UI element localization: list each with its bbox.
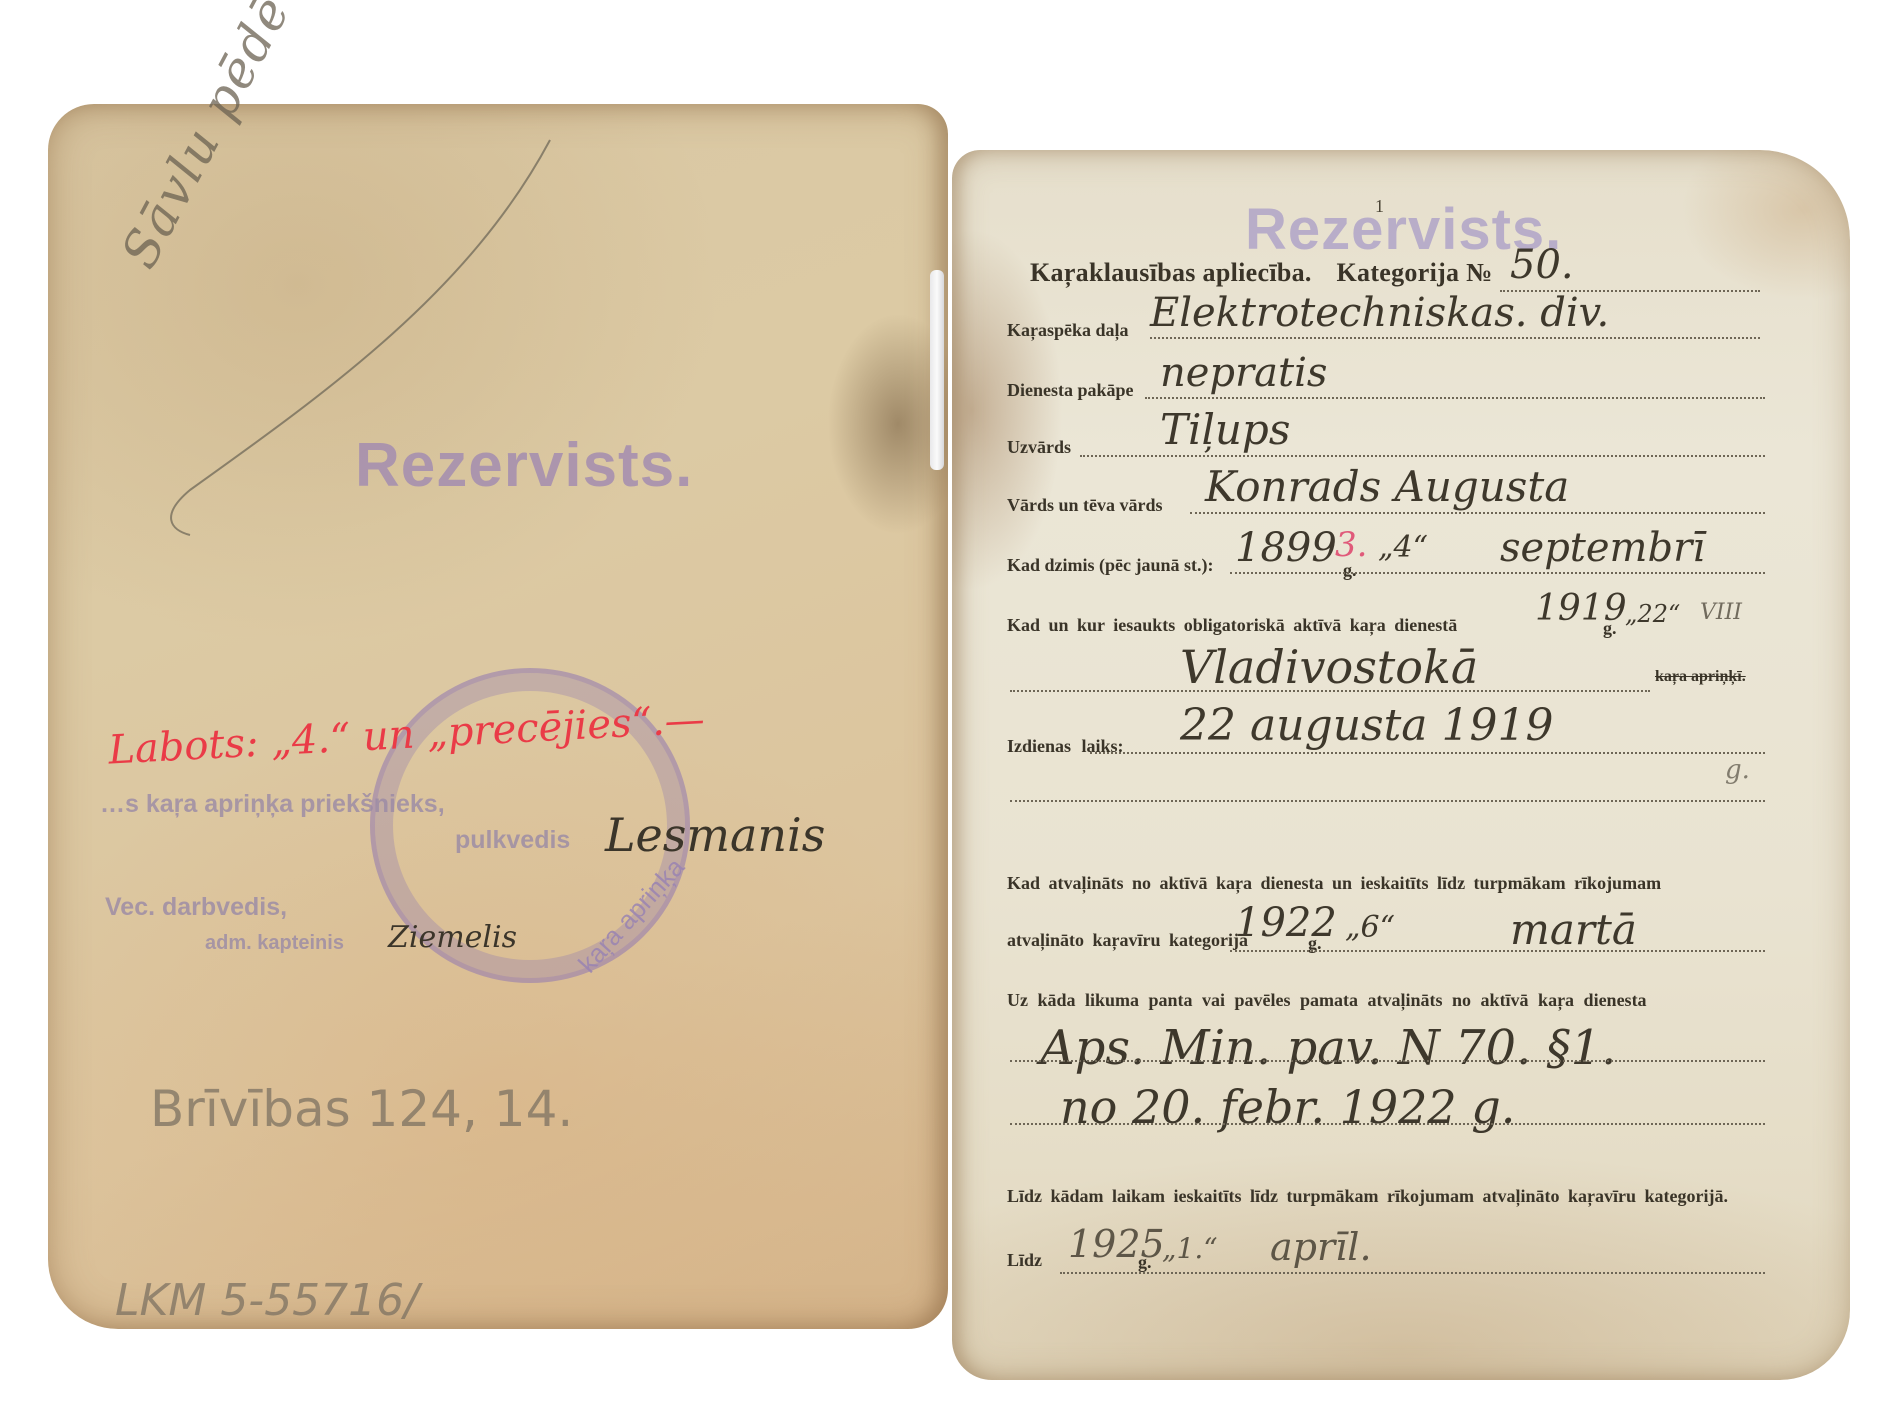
year-suffix: g. <box>1603 618 1617 639</box>
conscription-month: VIII <box>1700 600 1742 625</box>
field-label-conscription: Kad un kur iesaukts obligatoriskā aktīvā… <box>1007 615 1457 636</box>
dotted-line <box>1145 397 1765 399</box>
field-value-surname: Tiļups <box>1160 405 1290 454</box>
clerk-title-line: Vec. darbvedis, <box>105 893 287 922</box>
field-label-name-patronymic: Vārds un tēva vārds <box>1007 495 1163 516</box>
field-label-birth: Kad dzimis (pēc jaunā st.): <box>1007 555 1214 576</box>
service-time-suffix: g. <box>1725 755 1750 785</box>
field-label-legal-basis: Uz kāda likuma panta vai pavēles pamata … <box>1007 990 1647 1011</box>
field-label-reserve-category: atvaļināto kaŗavīru kategorijā <box>1007 930 1248 951</box>
until-month: aprīl. <box>1270 1225 1372 1269</box>
field-label-discharged: Kad atvaļināts no aktīvā kaŗa dienesta u… <box>1007 873 1661 894</box>
dotted-line <box>1190 512 1765 514</box>
dotted-line <box>1010 690 1650 692</box>
conscription-place: Vladivostokā <box>1180 640 1478 694</box>
dotted-line <box>1010 800 1765 802</box>
birth-day: „4“ <box>1378 530 1428 565</box>
dotted-line <box>1150 337 1760 339</box>
conscription-day: „22“ <box>1625 600 1680 628</box>
dotted-line <box>1090 752 1765 754</box>
form-title: Kaŗaklausības apliecība. Kategorija № <box>1030 258 1493 288</box>
field-label-unit: Kaŗaspēka daļa <box>1007 320 1129 341</box>
district-suffix-struck: kaŗa apriņķī. <box>1655 668 1746 686</box>
birth-month: septembrī <box>1500 525 1705 571</box>
field-value-unit: Elektrotechniskas. div. <box>1150 290 1609 336</box>
legal-basis-line1: Aps. Min. pav. N 70. §1. <box>1040 1020 1616 1076</box>
reserve-day: „6“ <box>1345 910 1395 945</box>
binding-stitch <box>930 270 944 470</box>
reserve-year: 1922 <box>1235 900 1337 946</box>
pencil-address: Brīvības 124, 14. <box>150 1080 573 1138</box>
field-label-rank: Dienesta pakāpe <box>1007 380 1134 401</box>
archive-number: LKM 5-55716/ <box>115 1275 419 1326</box>
clerk-rank: adm. kapteinis <box>205 932 344 955</box>
dotted-line <box>1080 455 1765 457</box>
field-value-rank: nepratis <box>1160 350 1327 396</box>
dotted-line <box>1230 572 1765 574</box>
field-label-until-when: Līdz kādam laikam ieskaitīts līdz turpmā… <box>1007 1185 1767 1207</box>
until-prefix: Līdz <box>1007 1250 1042 1271</box>
category-value: 50. <box>1510 242 1574 288</box>
dotted-line <box>1010 1123 1765 1125</box>
reserve-month: martā <box>1510 905 1637 954</box>
field-value-name-patronymic: Konrads Augusta <box>1205 462 1569 511</box>
service-time-value: 22 augusta 1919 <box>1180 700 1554 751</box>
clerk-signature: Ziemelis <box>388 920 517 955</box>
chief-signature: Lesmanis <box>605 808 825 862</box>
chief-title-line: …s kaŗa apriņķa priekšnieks, <box>100 790 445 819</box>
year-suffix: g. <box>1138 1252 1152 1273</box>
field-label-surname: Uzvārds <box>1007 437 1071 458</box>
category-label: Kategorija № <box>1337 258 1493 287</box>
chief-rank: pulkvedis <box>455 826 570 855</box>
birth-year: 1899 <box>1235 525 1337 571</box>
dotted-line <box>1060 1272 1765 1274</box>
certificate-title: Kaŗaklausības apliecība. <box>1030 258 1312 287</box>
until-day: „1.“ <box>1162 1232 1218 1265</box>
dotted-line <box>1230 950 1765 952</box>
dotted-line <box>1010 1060 1765 1062</box>
legal-basis-line2: no 20. febr. 1922 g. <box>1060 1080 1515 1134</box>
rezervists-stamp-left: Rezervists. <box>355 430 693 501</box>
birth-day-red-correction: 3. <box>1335 525 1367 565</box>
